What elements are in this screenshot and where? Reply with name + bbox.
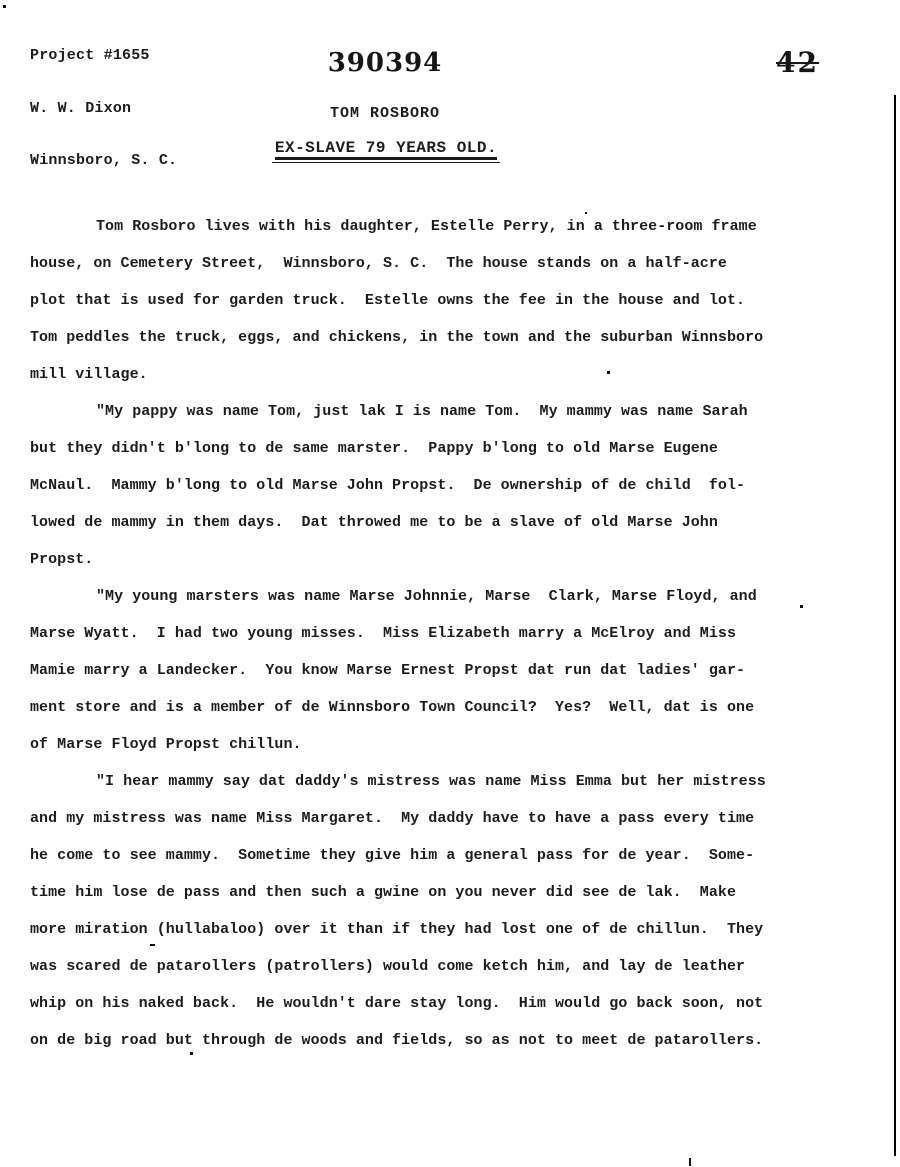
scan-speck: [800, 605, 803, 608]
document-title: TOM ROSBORO: [0, 105, 770, 122]
document-body: Tom Rosboro lives with his daughter, Est…: [30, 208, 830, 1059]
body-line: "I hear mammy say dat daddy's mistress w…: [30, 763, 830, 800]
scanned-document-page: Project #1655 W. W. Dixon Winnsboro, S. …: [0, 0, 900, 1167]
body-line: whip on his naked back. He wouldn't dare…: [30, 985, 830, 1022]
body-line: "My young marsters was name Marse Johnni…: [30, 578, 830, 615]
body-line: and my mistress was name Miss Margaret. …: [30, 800, 830, 837]
body-line: he come to see mammy. Sometime they give…: [30, 837, 830, 874]
body-line: time him lose de pass and then such a gw…: [30, 874, 830, 911]
body-line: ment store and is a member of de Winnsbo…: [30, 689, 830, 726]
body-line: more miration (hullabaloo) over it than …: [30, 911, 830, 948]
body-line: of Marse Floyd Propst chillun.: [30, 726, 830, 763]
body-line: Propst.: [30, 541, 830, 578]
body-line: on de big road but through de woods and …: [30, 1022, 830, 1059]
subtitle-underline-outer: EX-SLAVE 79 YEARS OLD.: [272, 139, 500, 163]
scan-speck: [190, 1052, 193, 1055]
body-line: was scared de patarollers (patrollers) w…: [30, 948, 830, 985]
scan-speck: [585, 212, 587, 214]
body-line: mill village.: [30, 356, 830, 393]
scan-speck: [150, 944, 155, 946]
body-line: Mamie marry a Landecker. You know Marse …: [30, 652, 830, 689]
body-line: but they didn't b'long to de same marste…: [30, 430, 830, 467]
scan-speck: [689, 1158, 691, 1166]
body-line: Tom peddles the truck, eggs, and chicken…: [30, 319, 830, 356]
subtitle-text: EX-SLAVE 79 YEARS OLD.: [275, 139, 497, 160]
body-line: McNaul. Mammy b'long to old Marse John P…: [30, 467, 830, 504]
scan-speck: [607, 371, 610, 374]
scan-edge-line: [894, 95, 896, 1156]
body-line: Tom Rosboro lives with his daughter, Est…: [30, 208, 830, 245]
body-line: "My pappy was name Tom, just lak I is na…: [30, 393, 830, 430]
body-line: plot that is used for garden truck. Este…: [30, 282, 830, 319]
document-stamp-number: 390394: [0, 48, 770, 78]
body-line: house, on Cemetery Street, Winnsboro, S.…: [30, 245, 830, 282]
body-line: lowed de mammy in them days. Dat throwed…: [30, 504, 830, 541]
page-number: 42: [776, 46, 819, 79]
scan-speck: [3, 5, 6, 8]
body-line: Marse Wyatt. I had two young misses. Mis…: [30, 615, 830, 652]
document-subtitle: EX-SLAVE 79 YEARS OLD.: [0, 139, 772, 163]
